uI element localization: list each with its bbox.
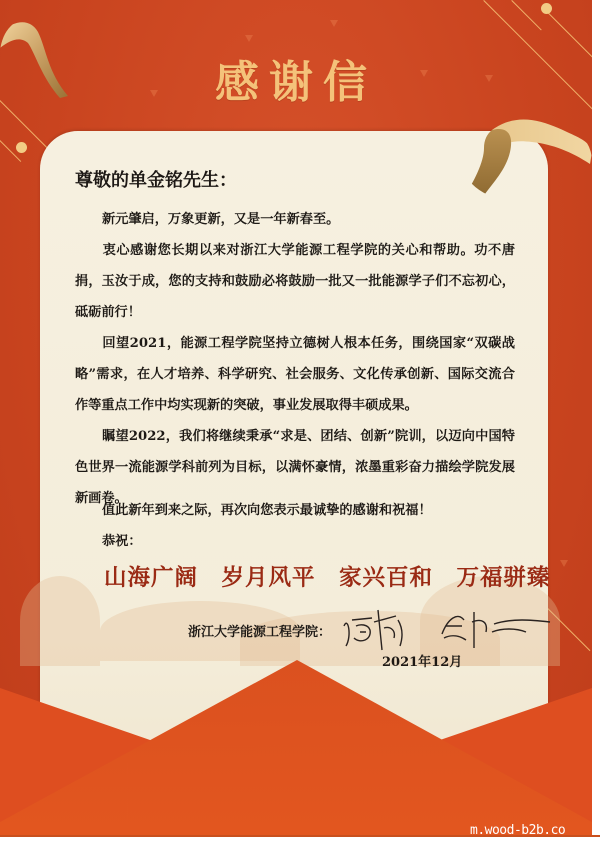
site-watermark: m.wood-b2b.co	[470, 823, 588, 835]
handwritten-signature-icon	[432, 604, 552, 652]
letter-date: 2021年12月	[382, 651, 462, 670]
salutation: 尊敬的单金铭先生：	[75, 166, 237, 192]
paragraph-5: 值此新年到来之际，再次向您表示最诚挚的感谢和祝福！	[75, 495, 515, 526]
signer-institution: 浙江大学能源工程学院：	[188, 621, 331, 640]
blessing-wishes: 山海广阔 岁月风平 家兴百和 万福骈臻	[104, 560, 551, 592]
paragraph-1: 新元肇启，万象更新，又是一年新春至。	[75, 204, 515, 235]
decorative-line	[511, 0, 541, 30]
letter-background: 感谢信 尊敬的单金铭先生： 新元肇启，万象更新，又是一年新春至。 衷心感谢您长期…	[0, 0, 592, 835]
letter-title: 感谢信	[0, 46, 592, 110]
confetti-decoration	[330, 20, 338, 27]
decorative-dot	[541, 3, 552, 14]
mountain-watermark	[20, 576, 100, 666]
gold-ribbon-icon	[462, 112, 592, 202]
scan-border-bottom	[0, 835, 600, 848]
confetti-decoration	[245, 35, 253, 42]
paragraph-2: 衷心感谢您长期以来对浙江大学能源工程学院的关心和帮助。功不唐捐，玉汝于成，您的支…	[75, 235, 515, 328]
handwritten-signature-icon	[338, 606, 418, 654]
greeting-label: 恭祝：	[75, 526, 515, 557]
paragraph-3: 回望2021，能源工程学院坚持立德树人根本任务，围绕国家“双碳战略”需求，在人才…	[75, 328, 515, 421]
gold-ribbon-icon	[0, 18, 80, 118]
confetti-decoration	[560, 560, 568, 567]
scan-border-right	[592, 0, 600, 848]
decorative-dot	[16, 142, 27, 153]
